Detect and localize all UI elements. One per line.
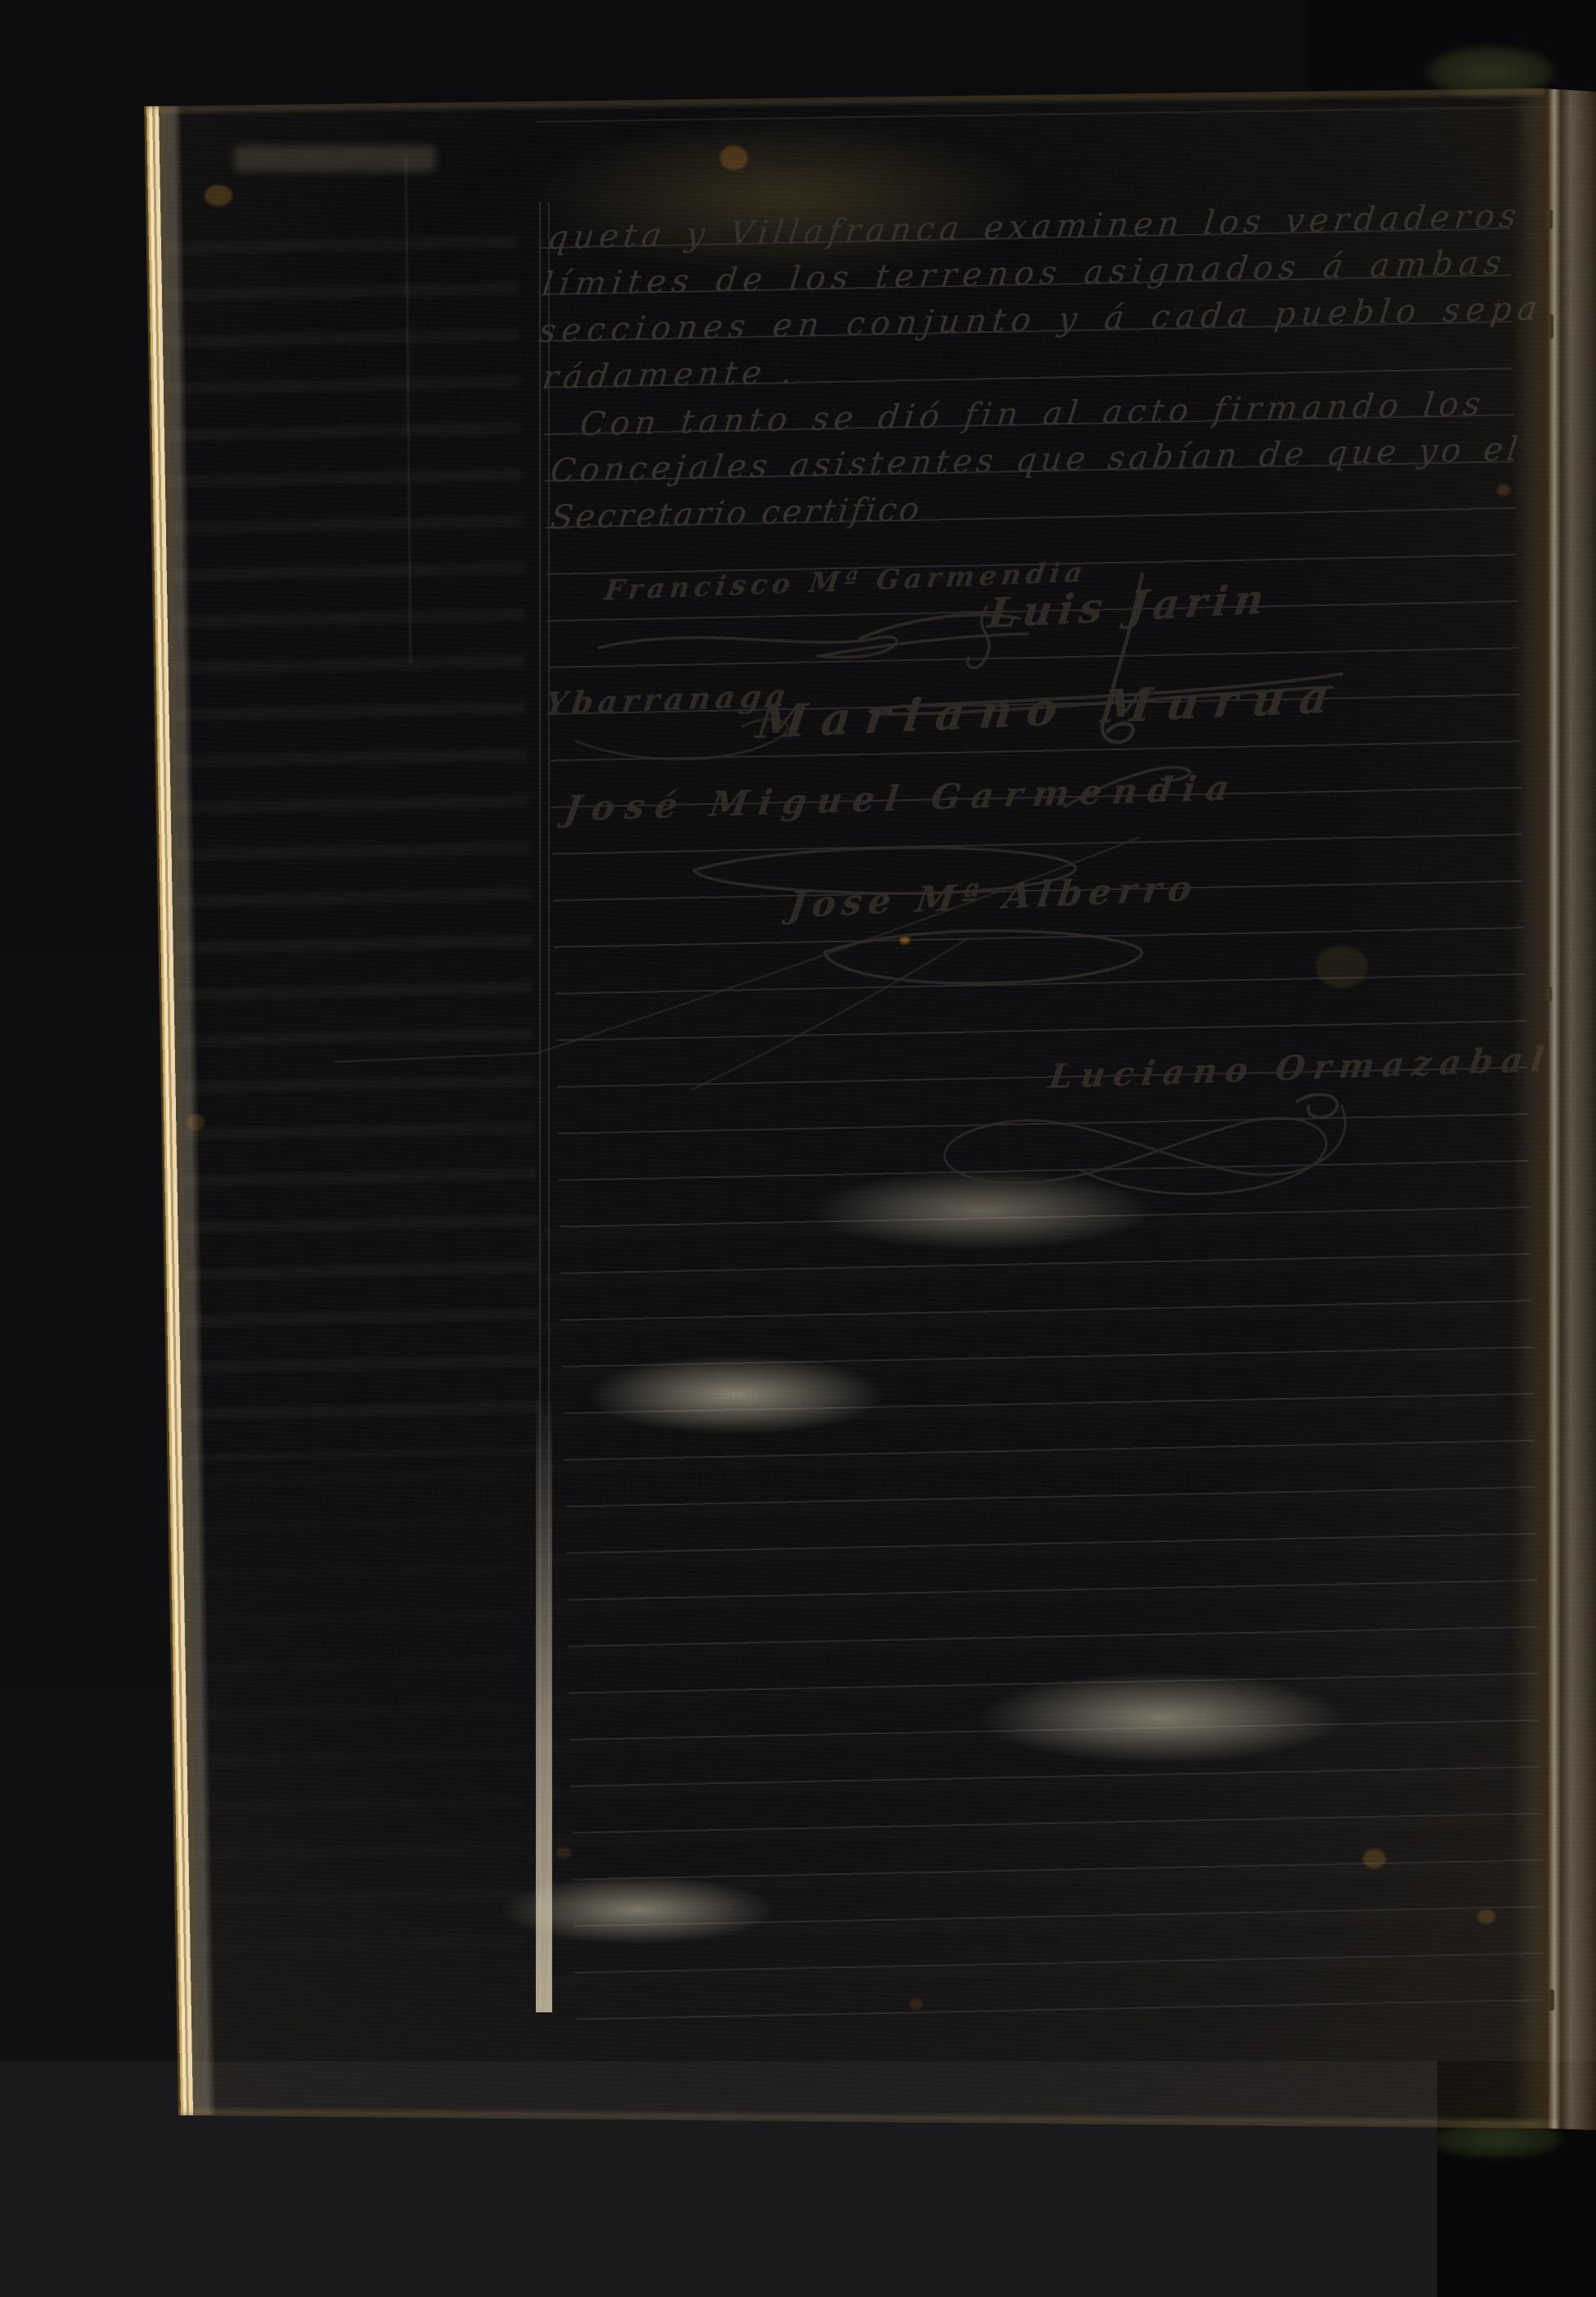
scanned-manuscript-photo: queta y Villafranca examinen los verdade…	[0, 0, 1596, 2297]
foxing-spot	[121, 409, 142, 429]
paper-grain	[0, 0, 1596, 2297]
manuscript-page: queta y Villafranca examinen los verdade…	[0, 0, 1596, 2297]
